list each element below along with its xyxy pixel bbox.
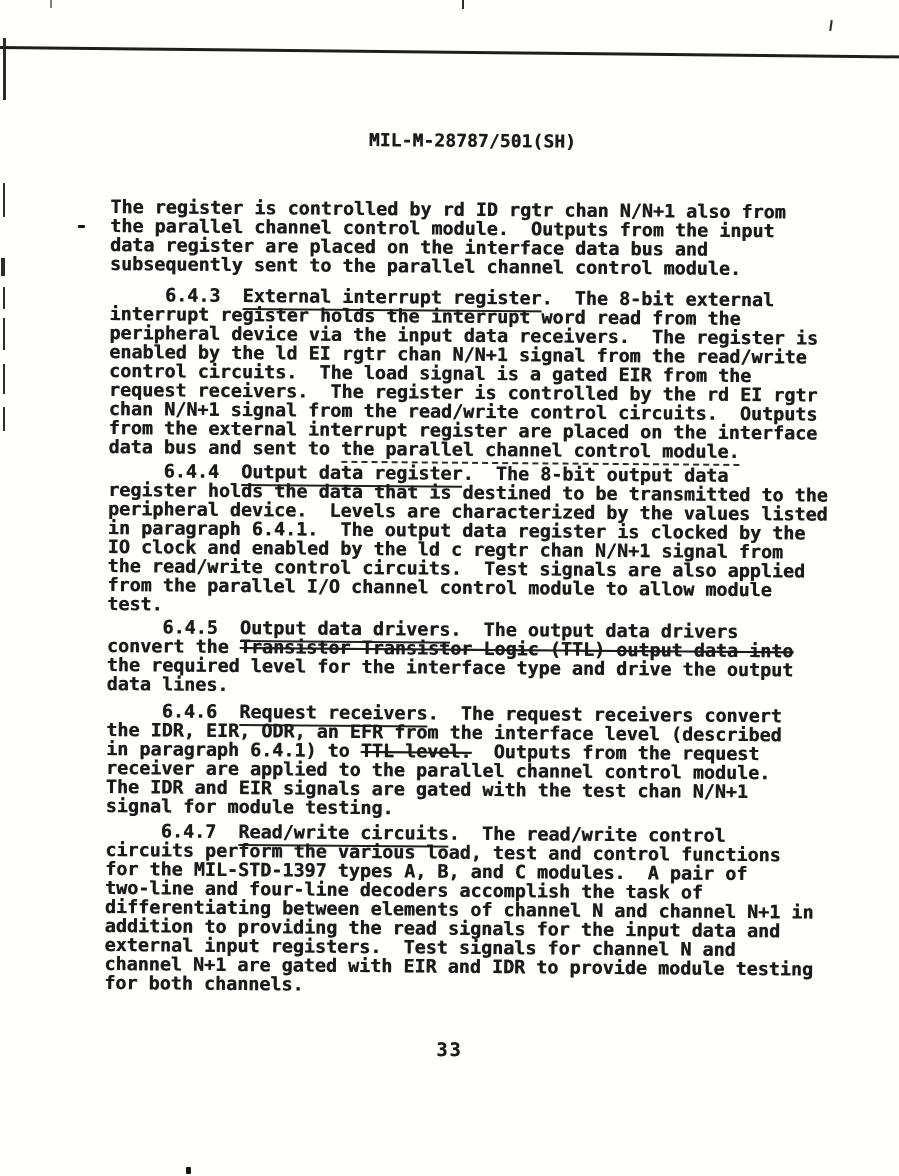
- left-margin-dash: [1, 258, 5, 276]
- paragraph-text: The register is controlled by rd ID rgtr…: [110, 197, 786, 280]
- section-6-4-5-output-data-drivers: 6.4.5 Output data drivers. The output da…: [107, 618, 873, 700]
- page-number: 33: [0, 1040, 899, 1061]
- document-number-header: MIL-M-28787/501(SH): [369, 130, 576, 153]
- section-body: . The 8-bit output data register holds t…: [107, 464, 828, 616]
- section-body-underlined-tail: the parallel channel control module.: [341, 439, 740, 466]
- section-6-4-6-request-receivers: 6.4.6 Request receivers. The request rec…: [106, 702, 872, 822]
- scan-tick-mark: [50, 0, 52, 8]
- section-6-4-4-output-data-register: 6.4.4 Output data register. The 8-bit ou…: [107, 462, 873, 620]
- paragraph-intro-continuation: The register is controlled by rd ID rgtr…: [110, 198, 876, 280]
- section-body: . The read/write control circuits perfor…: [104, 824, 813, 996]
- left-margin-dash: [3, 183, 5, 217]
- scan-speck: [186, 1167, 191, 1174]
- section-6-4-3-external-interrupt-register: 6.4.3 External interrupt register. The 8…: [108, 286, 874, 463]
- section-6-4-7-read-write-circuits: 6.4.7 Read/write circuits. The read/writ…: [104, 822, 870, 999]
- scanned-document-page: MIL-M-28787/501(SH) The register is cont…: [0, 0, 899, 1176]
- left-margin-line: [3, 38, 6, 100]
- left-margin-dash: [3, 407, 5, 431]
- left-margin-dash: [3, 364, 5, 394]
- left-margin-dash: [3, 318, 5, 350]
- section-body: . The 8-bit external interrupt register …: [108, 289, 818, 460]
- scan-speck: [78, 225, 85, 228]
- document-content: MIL-M-28787/501(SH) The register is cont…: [103, 0, 857, 1106]
- left-margin-dash: [3, 287, 5, 309]
